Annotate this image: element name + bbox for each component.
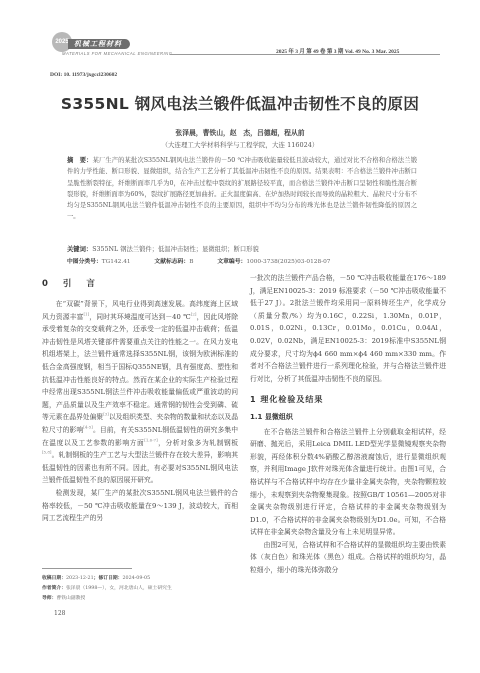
footnote: 收稿日期：2023-12-21；修订日期：2024-09-05 作者简介：张泽晨… [42, 574, 172, 604]
doi: DOI: 10. 11973/jxgccl230602 [50, 72, 117, 78]
abstract-text: 某厂生产的某批次S355NL钢风电法兰锻件的－50 ℃冲击吸收能量较低且波动较大… [67, 157, 417, 220]
abstract: 摘 要：某厂生产的某批次S355NL钢风电法兰锻件的－50 ℃冲击吸收能量较低且… [67, 155, 417, 223]
keywords-label: 关键词： [67, 246, 92, 253]
classification-line: 中图分类号：TG142.41 文献标志码：B 文章编号：1000-3738(20… [67, 256, 353, 265]
clc-value: TG142.41 [102, 259, 131, 265]
clc-label: 中图分类号： [67, 259, 102, 265]
subsection-heading-microstructure: 1.1 显微组织 [250, 411, 446, 424]
intro-paragraph-1: 在“双碳”背景下，风电行业得到高速发展。高纬度海上区域风力资源丰富[1]，同时其… [42, 298, 238, 487]
page-number: 128 [54, 610, 65, 617]
intro-paragraph-2: 检测发现，某厂生产的某批次S355NL钢风电法兰锻件的合格率较低，－50 ℃冲击… [42, 487, 238, 525]
abstract-label: 摘 要： [67, 157, 93, 164]
right-column: 一批次的法兰锻件产品合格，－50 ℃冲击吸收能量在176～189 J，满足EN1… [250, 272, 446, 577]
footnote-divider [42, 568, 132, 569]
left-column: 在“双碳”背景下，风电行业得到高速发展。高纬度海上区域风力资源丰富[1]，同时其… [42, 298, 238, 525]
doc-code-value: B [189, 259, 193, 265]
article-no-label: 文章编号： [217, 259, 246, 265]
keywords: 关键词：S355NL 钢法兰锻件；低温冲击韧性；显微组织；断口形貌 [67, 244, 259, 253]
journal-english-name: MATERIALS FOR MECHANICAL ENGINEERING [62, 51, 172, 56]
citation[interactable]: [4-5] [83, 425, 93, 430]
affiliation: （大连理工大学材料科学与工程学院，大连 116024） [0, 140, 480, 149]
keywords-text: S355NL 钢法兰锻件；低温冲击韧性；显微组织；断口形貌 [92, 246, 259, 253]
paper-title: S355NL 钢风电法兰锻件低温冲击韧性不良的原因 [0, 92, 480, 114]
issue-info: 2025 年 3 月 第 49 卷 第 3 期 Vol. 49 No. 3 Ma… [276, 47, 399, 55]
section-heading-introduction: 0 引 言 [42, 277, 101, 289]
section-heading-tests: 1 理化检验及结果 [250, 394, 446, 407]
journal-logo-title: 机械工程材料 [68, 39, 130, 49]
microstructure-paragraph-2: 由图2可见，合格试样和不合格试样的显微组织均主要由铁素体（灰白色）和珠光体（黑色… [250, 539, 446, 577]
citation[interactable]: [1,6-7] [144, 437, 157, 442]
intro-paragraph-2-continued: 一批次的法兰锻件产品合格，－50 ℃冲击吸收能量在176～189 J，满足EN1… [250, 272, 446, 385]
microstructure-paragraph-1: 在不合格法兰锻件和合格法兰锻件上分别截取金相试样，经研磨、抛光后，采用Leica… [250, 426, 446, 539]
doc-code-label: 文献标志码： [154, 259, 189, 265]
article-no-value: 1000-3738(2025)03-0128-07 [246, 259, 330, 265]
authors: 张泽晨，曹铁山，赵 杰，吕德超，程从前 [0, 127, 480, 137]
